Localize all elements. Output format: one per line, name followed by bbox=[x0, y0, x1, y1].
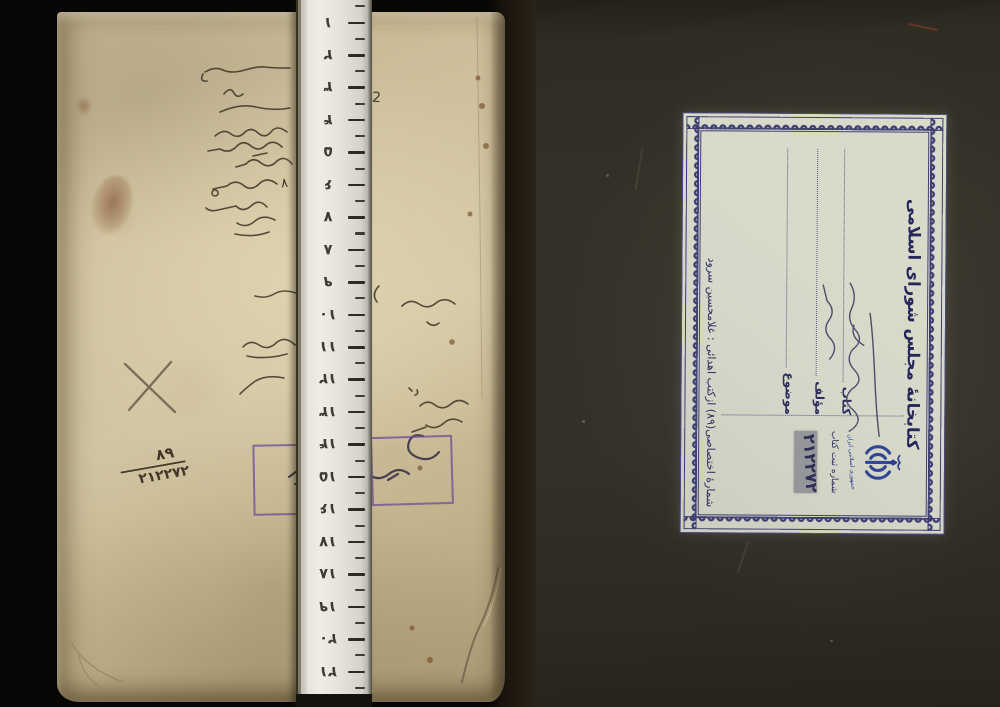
ruler-half-tick bbox=[355, 297, 365, 299]
ruler-tick bbox=[348, 541, 365, 544]
ruler-half-tick bbox=[355, 135, 365, 137]
dotted-leader bbox=[843, 149, 847, 382]
ruler-tick bbox=[348, 281, 365, 284]
ruler-number: ۱ bbox=[314, 13, 342, 31]
pencil-numeral: 2 bbox=[371, 90, 381, 107]
handwritten-digit: ۸ bbox=[280, 176, 289, 192]
ruler-tick bbox=[348, 573, 365, 576]
ruler-half-tick bbox=[355, 395, 365, 397]
foxing-spots bbox=[410, 76, 490, 664]
ruler-tick bbox=[348, 119, 365, 122]
handwritten-annotations bbox=[57, 12, 505, 702]
registration-column: جمهوری اسلامی ایران شماره ثبت کتاب ۲۱۲۲۷… bbox=[721, 414, 904, 508]
ruler-tick bbox=[348, 638, 365, 641]
ruler-number: ۹ bbox=[314, 272, 342, 290]
book-scan: ۸۹ ۲۱۲۲۷۲ ۸ 2 ۱۲۳۴۵۶۷۸۹۱۰۱۱۱۲۱۳۱۴۱۵۱۶۱۷۱… bbox=[0, 0, 1000, 707]
bookplate-inner-box: کتابخانهٔ مجلس شورای اسلامی کتاب مؤلف مو… bbox=[698, 130, 930, 517]
ruler-half-tick bbox=[355, 557, 365, 559]
registration-number: ۲۱۲۲۷۲ bbox=[800, 434, 822, 493]
ruler-half-tick bbox=[355, 103, 365, 105]
scribble-flourish bbox=[202, 67, 290, 81]
cover-scratch bbox=[635, 148, 643, 190]
ruler-tick bbox=[348, 54, 365, 57]
ruler-half-tick bbox=[355, 330, 365, 332]
ruler-number: ۱۲ bbox=[314, 369, 342, 387]
ruler-half-tick bbox=[355, 200, 365, 202]
ruler-tick bbox=[348, 216, 365, 219]
ruler-number: ۱۴ bbox=[314, 434, 342, 452]
ruler-half-tick bbox=[355, 38, 365, 40]
ruler-number: ۱۳ bbox=[314, 402, 342, 420]
library-bookplate: کتابخانهٔ مجلس شورای اسلامی کتاب مؤلف مو… bbox=[682, 112, 948, 533]
ruler-tick bbox=[348, 411, 365, 414]
border-ornament-left bbox=[686, 116, 943, 131]
cover-scratch-red bbox=[908, 23, 938, 31]
dotted-leader bbox=[816, 149, 820, 376]
border-ornament-top bbox=[928, 118, 944, 531]
ruler-half-tick bbox=[355, 654, 365, 656]
library-title: کتابخانهٔ مجلس شورای اسلامی bbox=[903, 140, 925, 509]
ruler-number: ۵ bbox=[314, 142, 342, 160]
ruler-tick bbox=[348, 151, 365, 154]
ruler-number: ۲۱ bbox=[314, 662, 342, 680]
bookplate-face: کتابخانهٔ مجلس شورای اسلامی کتاب مؤلف مو… bbox=[680, 112, 948, 535]
field-book-label: کتاب bbox=[839, 387, 853, 416]
dotted-leader bbox=[786, 149, 790, 368]
ruler-tick bbox=[348, 22, 365, 25]
cover-speck bbox=[830, 640, 833, 642]
special-number-line: شمارهٔ اختصاصی(۸۹) ازکتب اهدائی : غلامحس… bbox=[704, 138, 720, 507]
cover-scratch bbox=[737, 541, 749, 574]
ruler-half-tick bbox=[355, 687, 365, 689]
ruler-half-tick bbox=[355, 427, 365, 429]
ruler-number: ۱۷ bbox=[314, 532, 342, 550]
ruler-tick bbox=[348, 378, 365, 381]
ruler-number: ۱۱ bbox=[314, 337, 342, 355]
ruler-number: ۱۹ bbox=[314, 597, 342, 615]
registration-caption: شماره ثبت کتاب bbox=[829, 431, 839, 494]
ruler-end-shadow bbox=[296, 694, 372, 707]
book-gutter bbox=[490, 0, 536, 707]
ruler-number: ۸ bbox=[314, 240, 342, 258]
ruler-tick bbox=[348, 606, 365, 609]
ruler-number: ۱۵ bbox=[314, 467, 342, 485]
ruler-number: ۳ bbox=[314, 77, 342, 95]
ruler-number: ۶ bbox=[314, 175, 342, 193]
ruler-number: ۴ bbox=[314, 110, 342, 128]
border-ornament-right bbox=[684, 516, 941, 531]
ruler-half-tick bbox=[355, 362, 365, 364]
ruler-half-tick bbox=[355, 589, 365, 591]
ruler-tick bbox=[348, 184, 365, 187]
field-author-label: مؤلف bbox=[812, 381, 826, 415]
field-subject-label: موضوع bbox=[782, 372, 796, 414]
ruler-number: ۱۰ bbox=[314, 305, 342, 323]
ruler-number: ۲ bbox=[314, 45, 342, 63]
ruler-number: ۱۶ bbox=[314, 499, 342, 517]
ruler-number: ۲۰ bbox=[314, 629, 342, 647]
field-subject: موضوع bbox=[782, 147, 801, 415]
ruler-tick bbox=[348, 671, 365, 674]
ruler-half-tick bbox=[355, 460, 365, 462]
pencil-x-mark bbox=[125, 362, 175, 412]
ruler-half-tick bbox=[355, 525, 365, 527]
ruler-half-tick bbox=[355, 168, 365, 170]
ruler-tick bbox=[348, 314, 365, 317]
cover-speck bbox=[606, 174, 609, 177]
ruler-half-tick bbox=[355, 622, 365, 624]
ruler-tick bbox=[348, 508, 365, 511]
cover-speck bbox=[582, 420, 585, 423]
ruler-tick bbox=[348, 249, 365, 252]
ruler-half-tick bbox=[355, 70, 365, 72]
ruler-half-tick bbox=[355, 232, 365, 234]
ruler-tick bbox=[348, 86, 365, 89]
ruler-number: ۱۸ bbox=[314, 564, 342, 582]
ruler-half-tick bbox=[355, 265, 365, 267]
registration-number-patch: ۲۱۲۲۷۲ bbox=[794, 431, 817, 493]
ruler-tick bbox=[348, 346, 365, 349]
ruler-half-tick bbox=[355, 5, 365, 7]
ruler-tick bbox=[348, 476, 365, 479]
measuring-ruler: ۱۲۳۴۵۶۷۸۹۱۰۱۱۱۲۱۳۱۴۱۵۱۶۱۷۱۸۱۹۲۰۲۱ bbox=[296, 0, 372, 707]
ruler-half-tick bbox=[355, 492, 365, 494]
ruler-tick bbox=[348, 443, 365, 446]
field-book: کتاب bbox=[839, 147, 858, 415]
bookplate-fields: کتاب مؤلف موضوع bbox=[721, 138, 905, 415]
library-stamp-frame-right bbox=[370, 435, 454, 506]
bookplate-main: کتاب مؤلف موضوع bbox=[721, 138, 906, 508]
ruler-number: ۷ bbox=[314, 207, 342, 225]
field-author: مؤلف bbox=[812, 147, 831, 415]
iran-emblem-icon bbox=[855, 441, 901, 483]
